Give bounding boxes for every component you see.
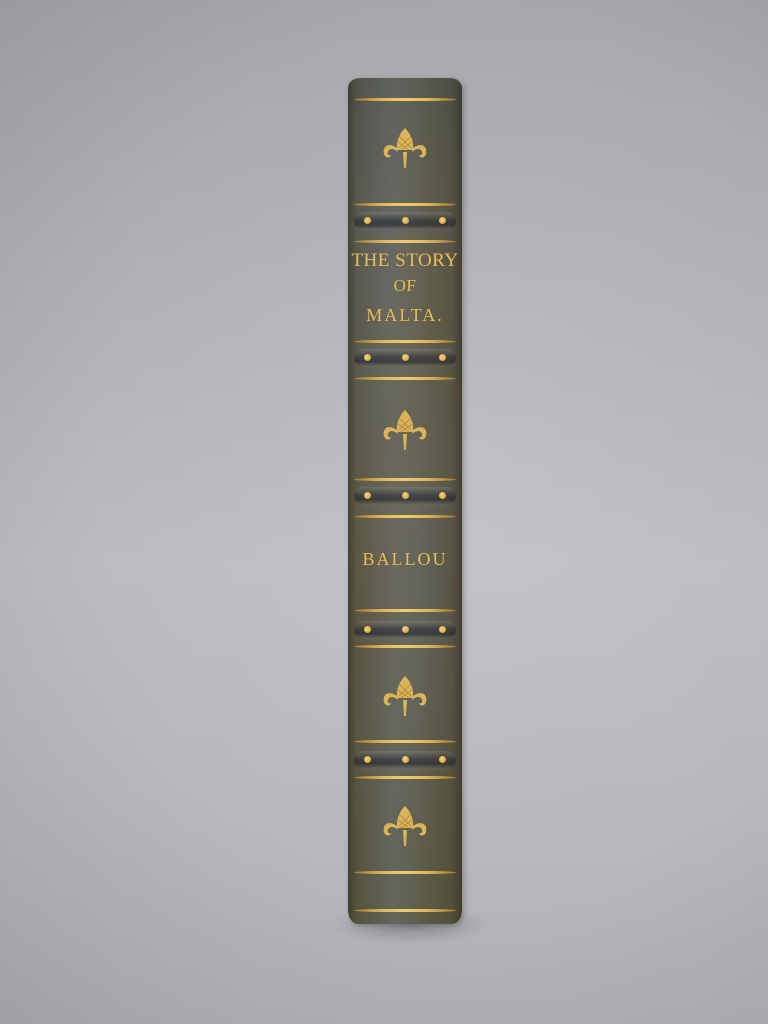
title-line-1: THE STORY xyxy=(348,250,462,272)
gilt-rule xyxy=(354,98,456,101)
gilt-dot xyxy=(402,354,409,361)
gilt-rule xyxy=(354,478,456,481)
gilt-dot xyxy=(439,492,446,499)
gilt-rule xyxy=(354,740,456,743)
book-spine: THE STORY OF MALTA. BALLOU xyxy=(348,78,462,924)
gilt-dot xyxy=(364,354,371,361)
raised-band xyxy=(354,212,456,230)
gilt-dot xyxy=(402,217,409,224)
author-label: BALLOU xyxy=(348,549,462,570)
title-line-3: MALTA. xyxy=(348,305,462,326)
title-line-2: OF xyxy=(348,276,462,296)
gilt-dot xyxy=(364,756,371,763)
raised-band xyxy=(354,621,456,639)
gilt-rule xyxy=(354,871,456,874)
gilt-rule xyxy=(354,909,456,912)
gilt-dot xyxy=(439,354,446,361)
gilt-dot xyxy=(402,756,409,763)
gilt-dot xyxy=(402,626,409,633)
gilt-dot xyxy=(439,756,446,763)
gilt-rule xyxy=(354,515,456,518)
gilt-rule xyxy=(354,377,456,380)
raised-band xyxy=(354,487,456,505)
gilt-rule xyxy=(354,240,456,243)
gilt-dot xyxy=(364,492,371,499)
gilt-dot xyxy=(364,626,371,633)
gilt-dot xyxy=(439,626,446,633)
raised-band xyxy=(354,349,456,367)
gilt-rule xyxy=(354,203,456,206)
gilt-dot xyxy=(402,492,409,499)
gilt-rule xyxy=(354,340,456,343)
raised-band xyxy=(354,751,456,769)
fleuron-icon xyxy=(379,406,431,454)
fleuron-icon xyxy=(379,672,431,720)
gilt-dot xyxy=(439,217,446,224)
gilt-rule xyxy=(354,776,456,779)
gilt-rule xyxy=(354,645,456,648)
fleuron-icon xyxy=(379,124,431,172)
gilt-dot xyxy=(364,217,371,224)
gilt-rule xyxy=(354,609,456,612)
fleuron-icon xyxy=(379,802,431,850)
